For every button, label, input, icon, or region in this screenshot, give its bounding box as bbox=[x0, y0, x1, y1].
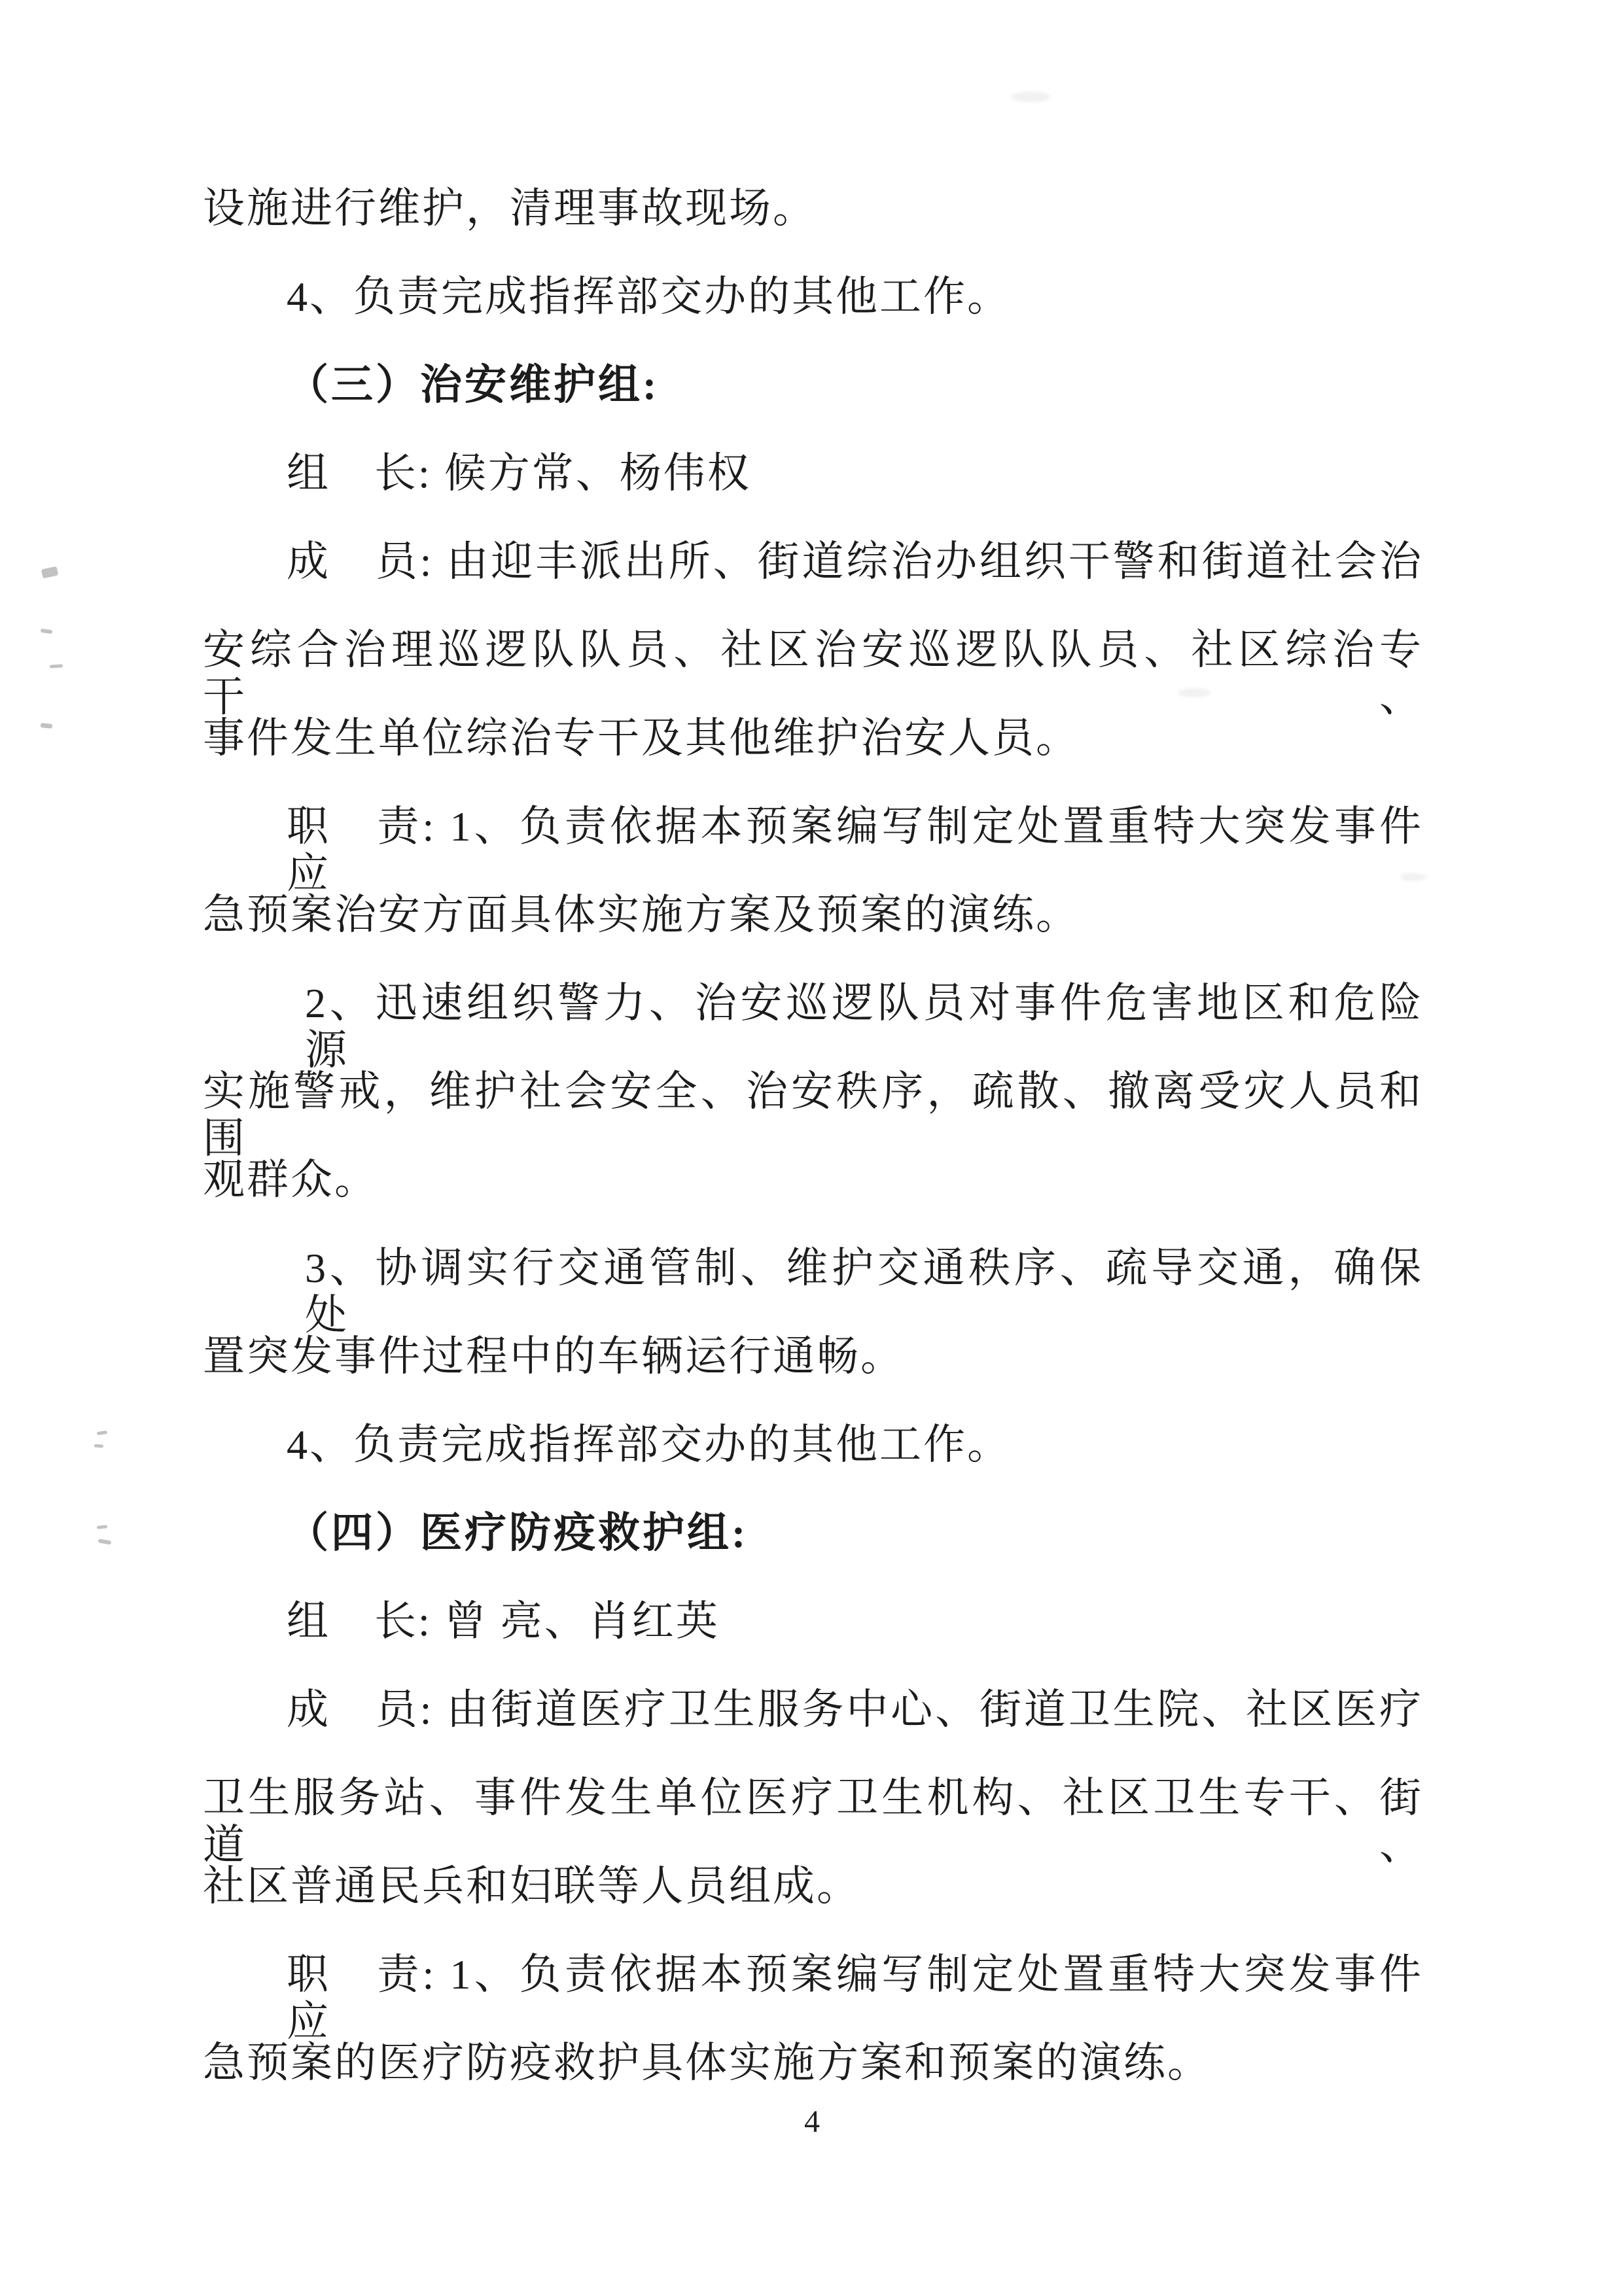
text-line: 4、负责完成指挥部交办的其他工作。 bbox=[203, 1421, 1423, 1469]
scan-artifact bbox=[97, 1525, 107, 1529]
text-line: 置突发事件过程中的车辆运行通畅。 bbox=[203, 1333, 1423, 1380]
scan-artifact bbox=[41, 629, 53, 634]
section-heading: （三）治安维护组: bbox=[203, 362, 1423, 409]
text-line: 职 责: 1、负责依据本预案编写制定处置重特大突发事件应 bbox=[203, 803, 1423, 897]
text-line: 组 长: 候方常、杨伟权 bbox=[203, 450, 1423, 497]
text-line: 成 员: 由迎丰派出所、街道综治办组织干警和街道社会治 bbox=[203, 538, 1423, 585]
text-line: 设施进行维护，清理事故现场。 bbox=[203, 185, 1423, 232]
text-line: 成 员: 由街道医疗卫生服务中心、街道卫生院、社区医疗 bbox=[203, 1686, 1423, 1733]
text-line: 观群众。 bbox=[203, 1157, 1423, 1204]
text-line: 急预案的医疗防疫救护具体实施方案和预案的演练。 bbox=[203, 2040, 1423, 2087]
scan-smudge bbox=[1400, 873, 1426, 881]
page-number: 4 bbox=[0, 2105, 1624, 2139]
scan-artifact bbox=[41, 566, 58, 579]
text-line: 组 长: 曾 亮、肖红英 bbox=[203, 1598, 1423, 1645]
scan-artifact bbox=[98, 1539, 112, 1544]
text-line: 职 责: 1、负责依据本预案编写制定处置重特大突发事件应 bbox=[203, 1951, 1423, 2045]
section-heading: （四）医疗防疫救护组: bbox=[203, 1510, 1423, 1557]
scan-smudge bbox=[1011, 92, 1050, 102]
scan-artifact bbox=[50, 664, 63, 668]
text-line: 事件发生单位综治专干及其他维护治安人员。 bbox=[203, 715, 1423, 762]
text-line: 3、协调实行交通管制、维护交通秩序、疏导交通，确保处 bbox=[203, 1245, 1423, 1339]
text-line: 安综合治理巡逻队队员、社区治安巡逻队队员、社区综治专干、 bbox=[203, 627, 1423, 721]
text-line: 社区普通民兵和妇联等人员组成。 bbox=[203, 1863, 1423, 1910]
scan-artifact bbox=[41, 723, 53, 729]
text-line: 2、迅速组织警力、治安巡逻队员对事件危害地区和危险源 bbox=[203, 980, 1423, 1074]
scan-artifact bbox=[94, 1444, 103, 1448]
document-page: 设施进行维护，清理事故现场。 4、负责完成指挥部交办的其他工作。 （三）治安维护… bbox=[0, 0, 1624, 2296]
scan-smudge bbox=[1178, 688, 1210, 697]
text-line: 急预案治安方面具体实施方案及预案的演练。 bbox=[203, 892, 1423, 939]
scan-artifact bbox=[97, 1431, 108, 1435]
text-line: 卫生服务站、事件发生单位医疗卫生机构、社区卫生专干、街道、 bbox=[203, 1775, 1423, 1869]
text-line: 实施警戒，维护社会安全、治安秩序，疏散、撤离受灾人员和围 bbox=[203, 1068, 1423, 1162]
text-line: 4、负责完成指挥部交办的其他工作。 bbox=[203, 273, 1423, 321]
